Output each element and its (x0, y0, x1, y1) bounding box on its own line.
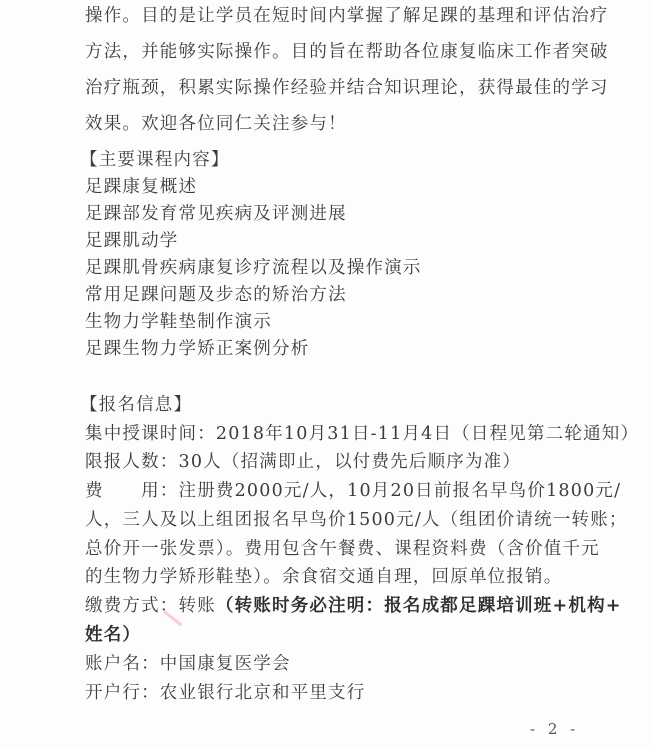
payment-note: （转账时务必注明：报名成都足踝培训班+机构+ (216, 596, 622, 616)
course-item: 生物力学鞋垫制作演示 (85, 312, 272, 332)
intro-line-2: 方法，并能够实际操作。目的旨在帮助各位康复临床工作者突破 (85, 42, 609, 62)
intro-line-4: 效果。欢迎各位同仁关注参与！ (85, 114, 347, 134)
fee-line-3: 总价开一张发票）。费用包含午餐费、课程资料费（含价值千元 (85, 539, 600, 559)
page-number: - 2 - (530, 720, 579, 738)
fee-line-1: 费 用：注册费2000元/人，10月20日前报名早鸟价1800元/ (85, 481, 621, 501)
fee-line-2: 人，三人及以上组团报名早鸟价1500元/人（组团价请统一转账； (85, 510, 628, 530)
courses-heading: 【主要课程内容】 (80, 150, 230, 170)
registration-heading: 【报名信息】 (80, 395, 192, 415)
enrollment-limit: 限报人数：30人（招满即止，以付费先后顺序为准） (85, 452, 521, 472)
document-page: 操作。目的是让学员在短时间内掌握了解足踝的基理和评估治疗 方法，并能够实际操作。… (0, 0, 653, 747)
account-name: 账户名：中国康复医学会 (85, 654, 291, 674)
course-time: 集中授课时间：2018年10月31日-11月4日（日程见第二轮通知） (85, 424, 639, 444)
course-item: 足踝康复概述 (85, 177, 197, 197)
bank-name: 开户行：农业银行北京和平里支行 (85, 683, 366, 703)
course-item: 足踝部发育常见疾病及评测进展 (85, 204, 347, 224)
course-item: 足踝生物力学矫正案例分析 (85, 339, 309, 359)
payment-note-continued: 姓名） (85, 625, 141, 645)
payment-label: 缴费方式：转账 (85, 596, 216, 616)
course-item: 常用足踝问题及步态的矫治方法 (85, 285, 347, 305)
course-item: 足踝肌骨疾病康复诊疗流程以及操作演示 (85, 258, 422, 278)
fee-line-4: 的生物力学矫形鞋垫）。余食宿交通自理，回原单位报销。 (85, 567, 562, 587)
intro-line-1: 操作。目的是让学员在短时间内掌握了解足踝的基理和评估治疗 (85, 6, 609, 26)
course-item: 足踝肌动学 (85, 231, 179, 251)
intro-line-3: 治疗瓶颈，积累实际操作经验并结合知识理论，获得最佳的学习 (85, 78, 609, 98)
